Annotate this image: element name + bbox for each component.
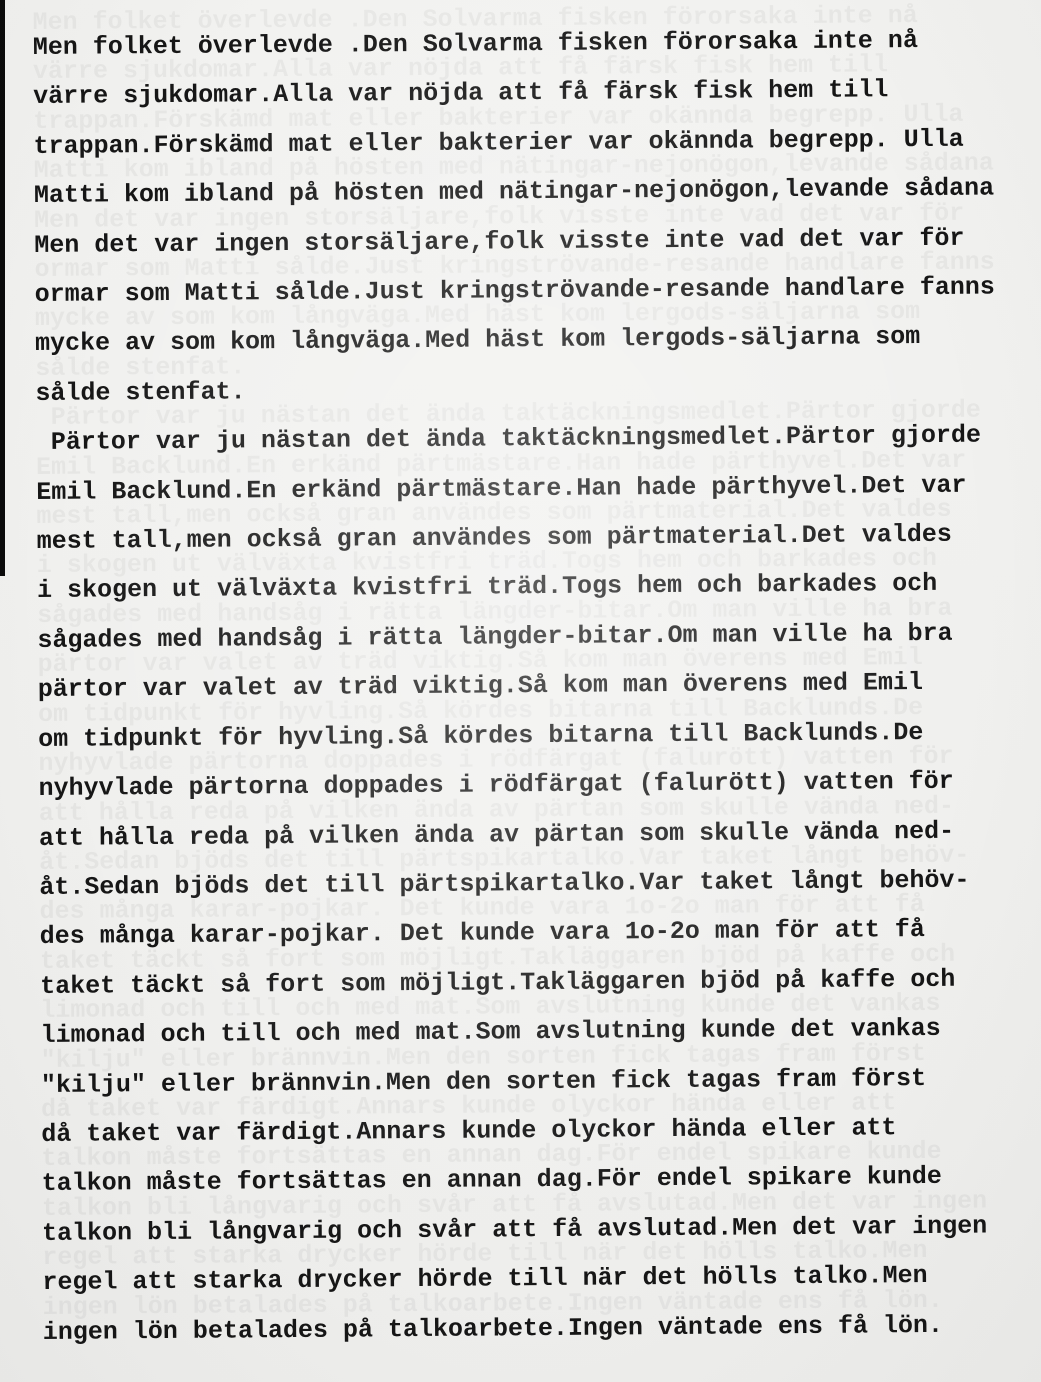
text-line: talkon måste fortsättas en annan dag.För… [42,1152,1027,1209]
text-line: värre sjukdomar.Alla var nöjda att få fä… [33,65,1018,122]
text-line: åt.Sedan bjöds det till pärtspikartalko.… [39,855,1024,912]
text-line: taket täckt så fort som möjligt.Taklägga… [40,954,1025,1011]
text-line: mycke av som kom långväga.Med häst kom l… [35,312,1020,369]
text-line: limonad och till och med mat.Som avslutn… [40,1003,1025,1060]
text-line: trappan.Förskämd mat eller bakterier var… [33,114,1018,171]
text-line: des många karar-pojkar. Det kunde vara 1… [40,905,1025,962]
text-line: Men det var ingen storsäljare,folk visst… [34,213,1019,270]
text-line: Pärtor var ju nästan det ända taktäcknin… [36,411,1021,468]
text-line: Men folket överlevde .Den Solvarma fiske… [33,15,1018,72]
text-line: talkon bli långvarig och svår att få avs… [42,1201,1027,1258]
text-line: Matti kom ibland på hösten med nätingar-… [34,163,1019,220]
text-line: pärtor var valet av träd viktig.Så kom m… [38,658,1023,715]
text-line: mest tall,men också gran användes som pä… [36,509,1021,566]
text-line: att hålla reda på vilken ända av pärtan … [39,806,1024,863]
text-line: i skogen ut välväxta kvistfri träd.Togs … [37,559,1022,616]
text-line: nyhyvlade pärtorna doppades i rödfärgat … [38,756,1023,813]
text-line: Emil Backlund.En erkänd pärtmästare.Han … [36,460,1021,517]
text-line: regel att starka drycker hörde till när … [42,1250,1027,1307]
scan-edge-artifact [0,0,5,576]
typewritten-text-block: Men folket överlevde .Den Solvarma fiske… [33,15,1028,1357]
text-line: ingen lön betalades på talkoarbete.Ingen… [43,1300,1028,1357]
text-line: om tidpunkt för hyvling.Så kördes bitarn… [38,707,1023,764]
text-line: "kilju" eller brännvin.Men den sorten fi… [41,1053,1026,1110]
text-line: då taket var färdigt.Annars kunde olycko… [41,1102,1026,1159]
scanned-document: { "document": { "lines": [ "Men folket ö… [0,0,1041,1382]
text-line: sålde stenfat. [35,361,1020,418]
text-line: sågades med handsåg i rätta längder-bita… [37,608,1022,665]
text-line: ormar som Matti sålde.Just kringströvand… [35,262,1020,319]
